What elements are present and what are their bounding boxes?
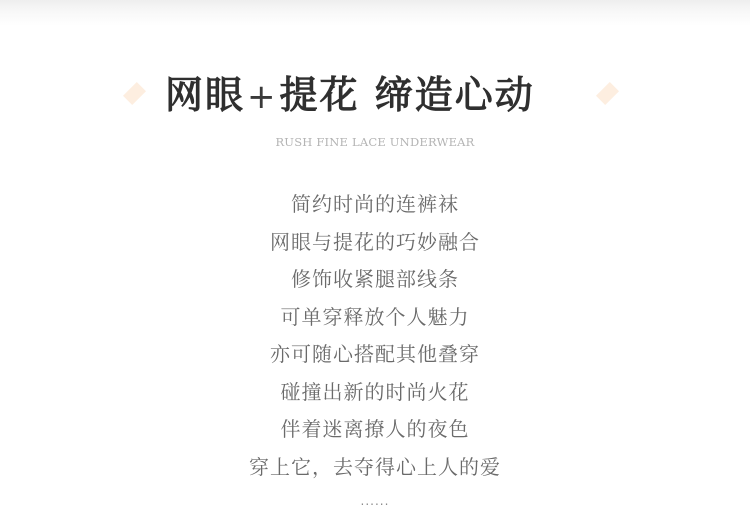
diamond-icon: [123, 82, 146, 105]
description-line: 亦可随心搭配其他叠穿: [0, 338, 750, 376]
headline-part-2: 提花 缔造心动: [280, 73, 535, 117]
description-line: 网眼与提花的巧妙融合: [0, 226, 750, 264]
headline-part-1: 网眼: [165, 73, 245, 117]
headline-row: 网眼+提花 缔造心动: [0, 70, 750, 120]
top-shadow: [0, 0, 750, 26]
description-line: 修饰收紧腿部线条: [0, 263, 750, 301]
description-line: 简约时尚的连裤袜: [0, 188, 750, 226]
description-line: 穿上它，去夺得心上人的爱: [0, 451, 750, 489]
ellipsis: ......: [0, 494, 750, 508]
description-line: 碰撞出新的时尚火花: [0, 376, 750, 414]
description-block: 简约时尚的连裤袜 网眼与提花的巧妙融合 修饰收紧腿部线条 可单穿释放个人魅力 亦…: [0, 188, 750, 488]
plus-icon: +: [247, 77, 278, 117]
diamond-icon: [596, 82, 619, 105]
page-title: 网眼+提花 缔造心动: [165, 70, 585, 120]
description-line: 可单穿释放个人魅力: [0, 301, 750, 339]
subtitle: RUSH FINE LACE UNDERWEAR: [0, 135, 750, 149]
description-line: 伴着迷离撩人的夜色: [0, 413, 750, 451]
